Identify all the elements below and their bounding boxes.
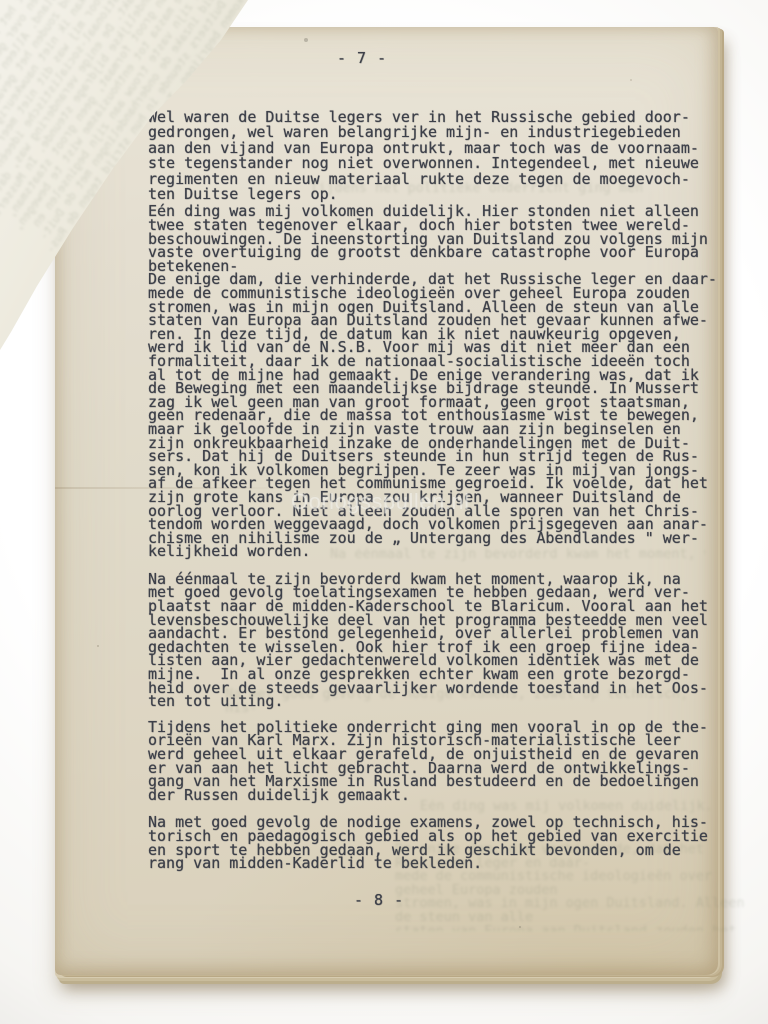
paragraph-3: De enige dam, die verhinderde, dat het R…: [148, 273, 728, 558]
paragraph-6: Na met goed gevolg de nodige examens, zo…: [148, 816, 728, 870]
photo-background: - 7 - Wel waren de Duitse legers ver in …: [0, 0, 768, 1024]
paragraph-4: Na éénmaal te zijn bevorderd kwam het mo…: [148, 573, 728, 709]
page-number-top: - 7 -: [337, 49, 387, 67]
paragraph-1: Wel waren de Duitse legers ver in het Ru…: [148, 110, 728, 202]
document-page: - 7 - Wel waren de Duitse legers ver in …: [55, 27, 718, 975]
paper-crease: [55, 487, 305, 489]
typewritten-text: Wel waren de Duitse legers ver in het Ru…: [148, 110, 728, 871]
paragraph-2: Eén ding was mij volkomen duidelijk. Hie…: [148, 205, 728, 273]
paragraph-5: Tijdens het politieke onderricht ging me…: [148, 721, 728, 803]
page-number-bottom: - 8 -: [354, 891, 404, 909]
